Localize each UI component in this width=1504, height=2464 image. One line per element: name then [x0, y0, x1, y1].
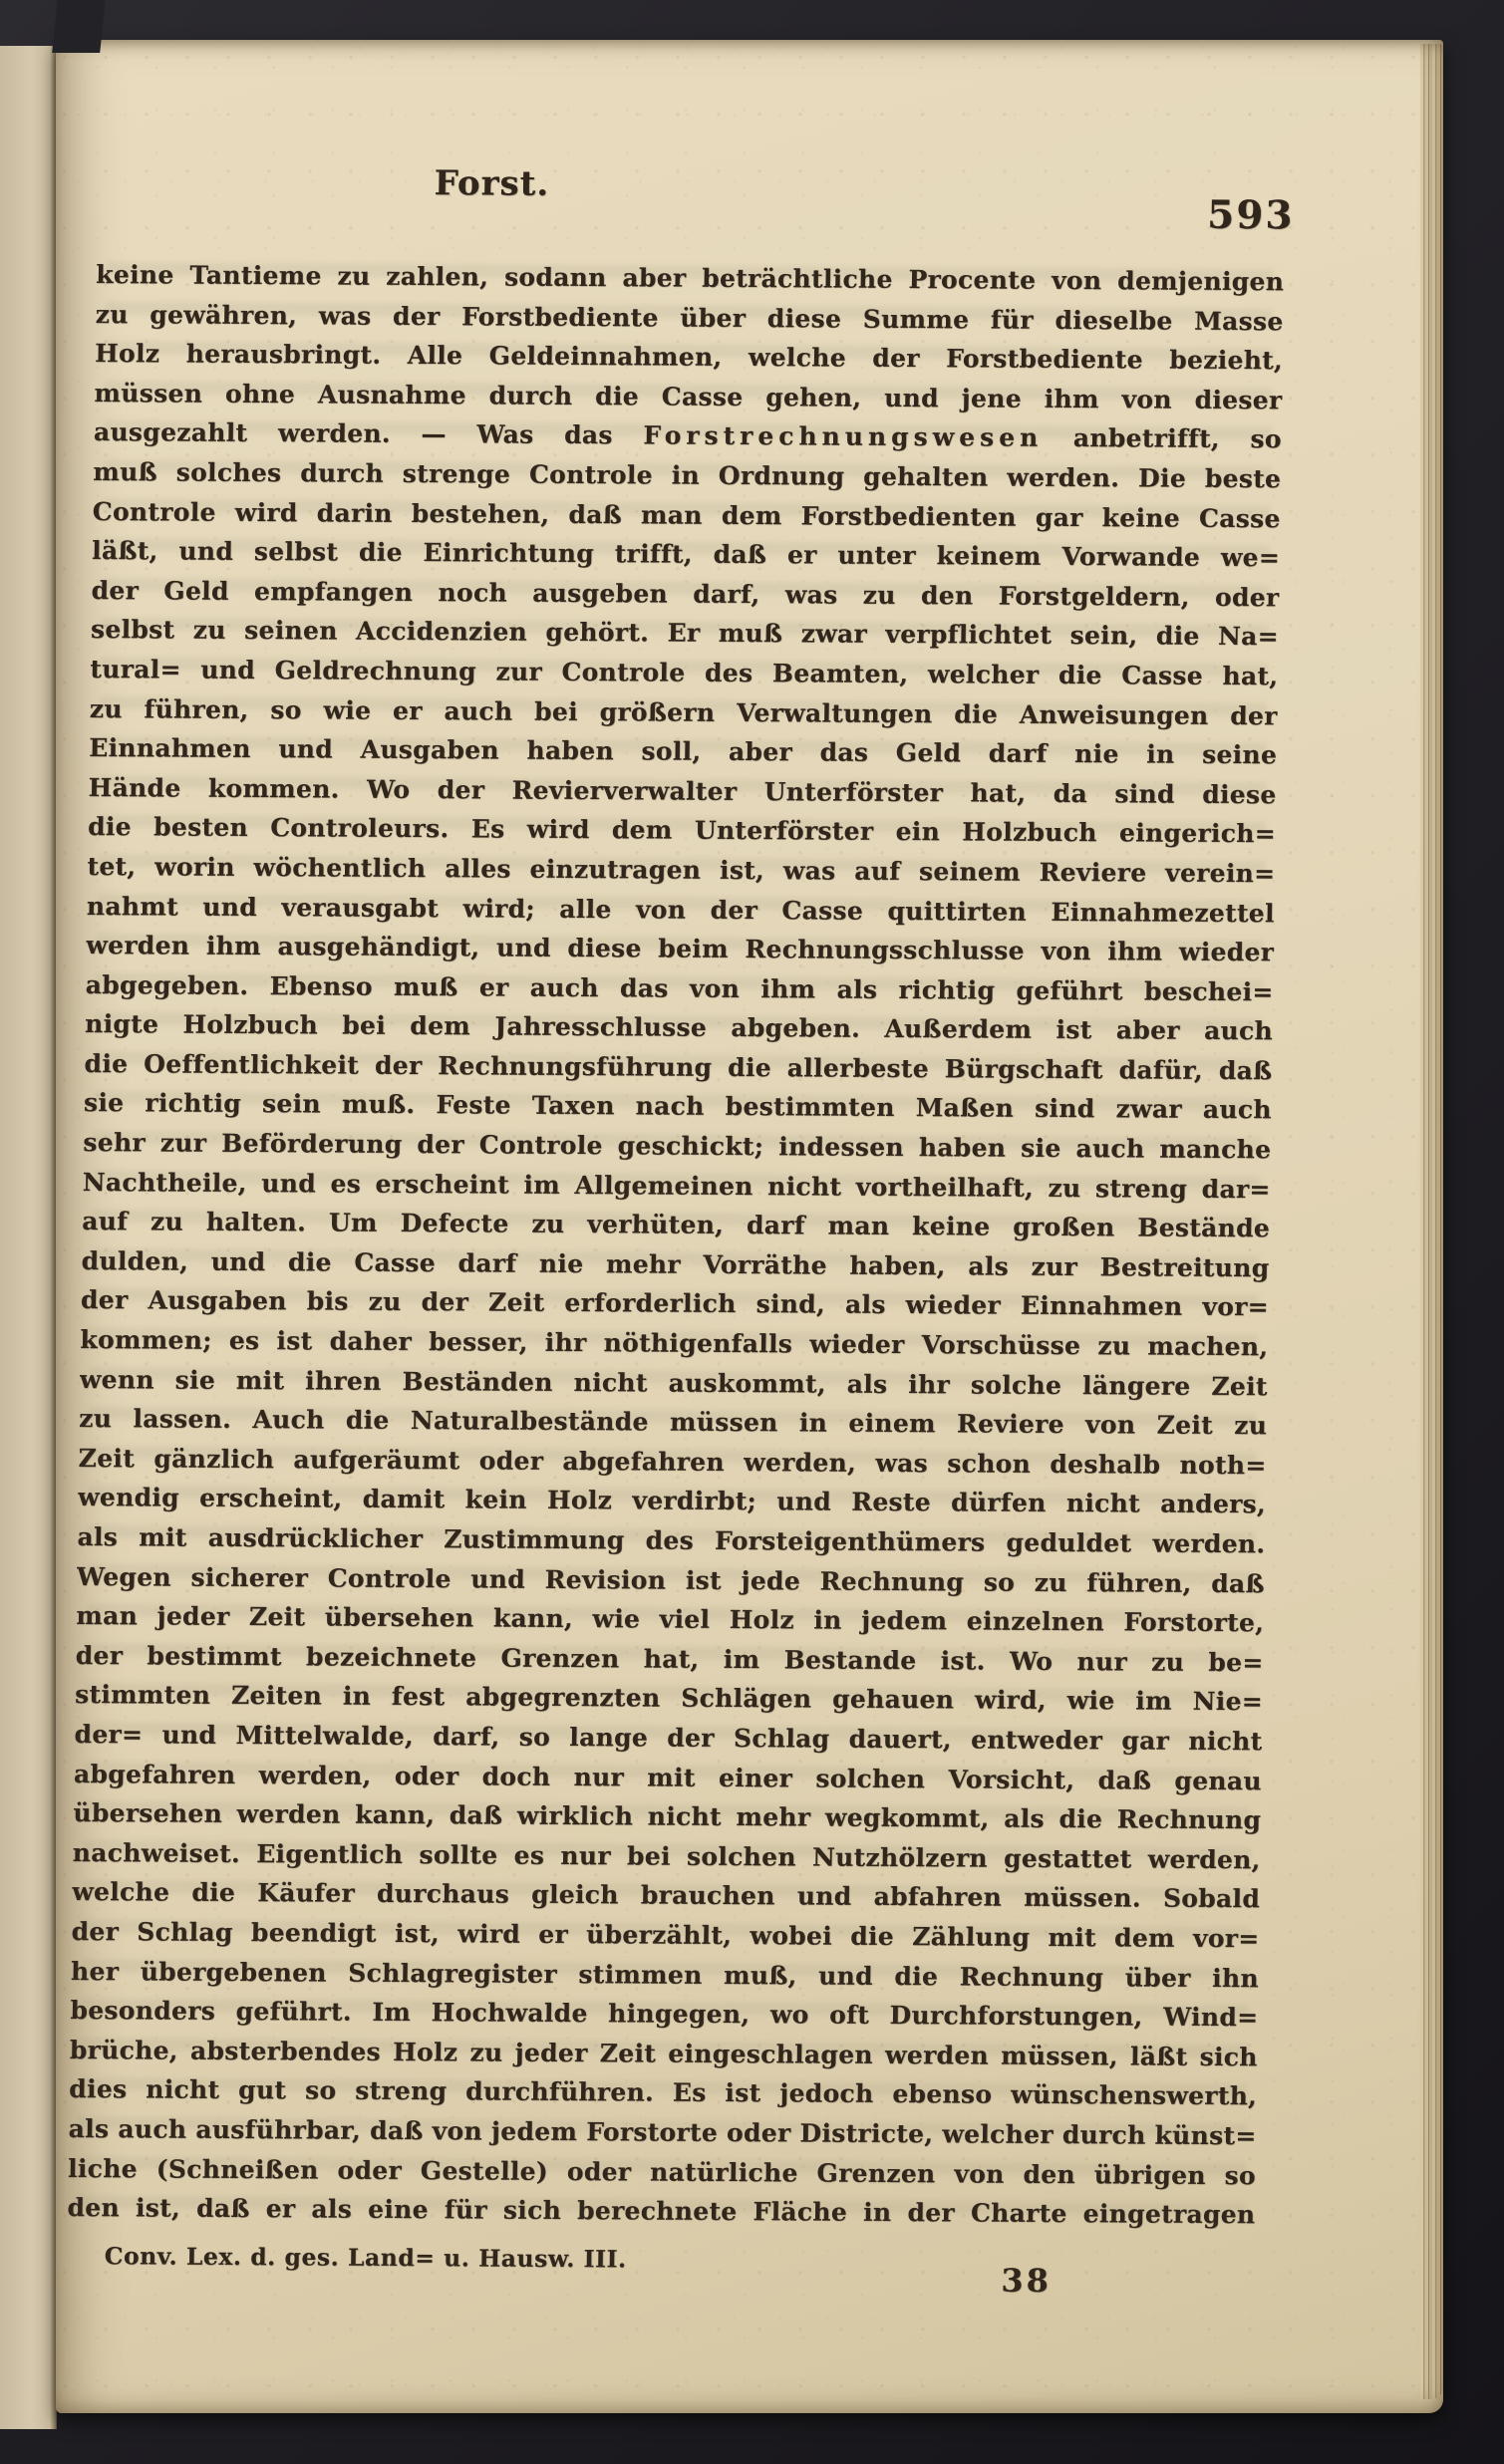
- book-scan: Forst. 593 keine Tantieme zu zahlen, sod…: [0, 0, 1504, 2464]
- page-content: Forst. 593 keine Tantieme zu zahlen, sod…: [66, 159, 1286, 2319]
- footer-catchline: Conv. Lex. d. ges. Land= u. Hausw. III.: [105, 2242, 627, 2273]
- body-text: keine Tantieme zu zahlen, sodann aber be…: [67, 255, 1284, 2235]
- text-run: anbetrifft, so: [1043, 423, 1282, 453]
- adjacent-page-edge: [0, 46, 57, 2429]
- running-head: Forst.: [434, 163, 549, 204]
- sheet-signature: 38: [1001, 2262, 1052, 2300]
- text-run: ausgezahlt werden. — Was das: [94, 417, 644, 449]
- letterspaced-term: Forstrechnungswesen: [643, 421, 1043, 452]
- page-number: 593: [1207, 192, 1295, 239]
- binding-notch: [52, 0, 106, 53]
- text-line: den ist, daß er als eine für sich berech…: [67, 2188, 1256, 2235]
